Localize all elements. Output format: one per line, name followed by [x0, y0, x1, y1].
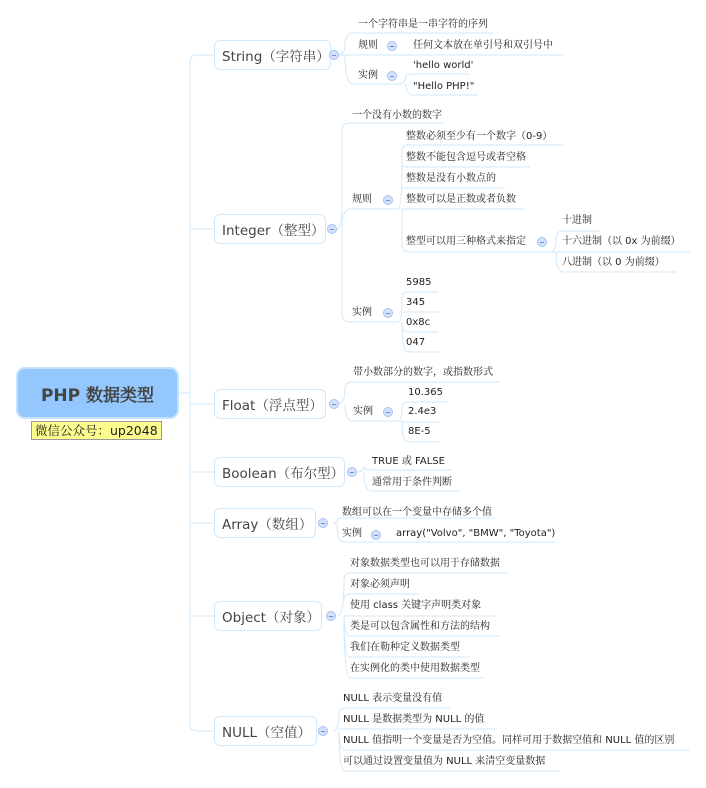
string-rule-label: 规则: [358, 39, 378, 53]
array-example-label: 实例: [342, 527, 362, 541]
array-desc: 数组可以在一个变量中存储多个值: [342, 506, 492, 520]
float-example: 2.4e3: [408, 405, 436, 419]
integer-rule: 整数是没有小数点的: [406, 172, 496, 186]
root-label: 微信公众号：up2048: [31, 421, 162, 440]
object-item: 类是可以包含属性和方法的结构: [350, 620, 490, 634]
branch-float[interactable]: Float（浮点型）: [214, 389, 326, 419]
string-example: 'hello world': [413, 59, 473, 73]
collapse-icon[interactable]: [383, 407, 393, 417]
collapse-icon[interactable]: [318, 726, 328, 736]
root-title: PHP 数据类型: [41, 381, 154, 406]
branch-string[interactable]: String（字符串）: [214, 40, 331, 70]
integer-desc: 一个没有小数的数字: [352, 109, 442, 123]
branch-title: Boolean（布尔型）: [222, 462, 344, 482]
object-item: 在实例化的类中使用数据类型: [350, 662, 480, 676]
boolean-item: TRUE 或 FALSE: [372, 455, 445, 469]
branch-title: Array（数组）: [222, 513, 312, 533]
float-example: 8E-5: [408, 425, 431, 439]
integer-rule: 整型可以用三种格式来指定: [406, 235, 526, 249]
object-item: 对象数据类型也可以用于存储数据: [350, 557, 500, 571]
null-item: NULL 值指明一个变量是否为空值。同样可用于数据空值和 NULL 值的区别: [343, 734, 674, 748]
branch-title: String（字符串）: [222, 45, 330, 65]
integer-example-label: 实例: [352, 306, 372, 320]
collapse-icon[interactable]: [329, 50, 339, 60]
null-item: NULL 表示变量没有值: [343, 692, 442, 706]
branch-object[interactable]: Object（对象）: [214, 601, 322, 631]
integer-rule: 整数不能包含逗号或者空格: [406, 151, 526, 165]
integer-format: 八进制（以 0 为前缀）: [562, 256, 665, 270]
object-item: 我们在勒种定义数据类型: [350, 641, 460, 655]
null-item: 可以通过设置变量值为 NULL 来清空变量数据: [343, 755, 545, 769]
branch-boolean[interactable]: Boolean（布尔型）: [214, 457, 345, 487]
array-example: array("Volvo", "BMW", "Toyota"): [396, 527, 555, 541]
branch-title: Integer（整型）: [222, 219, 325, 239]
collapse-icon[interactable]: [371, 530, 381, 540]
integer-example: 5985: [406, 276, 431, 290]
string-example: "Hello PHP!": [413, 80, 474, 94]
null-item: NULL 是数据类型为 NULL 的值: [343, 713, 484, 727]
integer-example: 047: [406, 336, 425, 350]
collapse-icon[interactable]: [347, 467, 357, 477]
integer-rule: 整数必须至少有一个数字（0-9）: [406, 130, 552, 144]
branch-integer[interactable]: Integer（整型）: [214, 214, 326, 244]
object-item: 使用 class 关键字声明类对象: [350, 599, 481, 613]
collapse-icon[interactable]: [329, 399, 339, 409]
collapse-icon[interactable]: [387, 41, 397, 51]
integer-example: 345: [406, 296, 425, 310]
float-example: 10.365: [408, 386, 443, 400]
collapse-icon[interactable]: [537, 237, 547, 247]
string-rule: 任何文本放在单引号和双引号中: [413, 39, 553, 53]
branch-null[interactable]: NULL（空值）: [214, 716, 317, 746]
collapse-icon[interactable]: [387, 71, 397, 81]
collapse-icon[interactable]: [327, 224, 337, 234]
collapse-icon[interactable]: [326, 611, 336, 621]
branch-array[interactable]: Array（数组）: [214, 508, 316, 538]
collapse-icon[interactable]: [318, 518, 328, 528]
collapse-icon[interactable]: [383, 308, 393, 318]
boolean-item: 通常用于条件判断: [372, 476, 452, 490]
object-item: 对象必须声明: [350, 578, 410, 592]
branch-title: Float（浮点型）: [222, 394, 323, 414]
integer-rule-label: 规则: [352, 193, 372, 207]
root-node[interactable]: PHP 数据类型: [16, 367, 179, 419]
float-desc: 带小数部分的数字，或指数形式: [353, 366, 493, 380]
branch-title: NULL（空值）: [222, 721, 311, 741]
branch-title: Object（对象）: [222, 606, 320, 626]
integer-format: 十六进制（以 0x 为前缀）: [562, 235, 681, 249]
collapse-icon[interactable]: [383, 195, 393, 205]
integer-format: 十进制: [562, 214, 592, 228]
string-desc: 一个字符串是一串字符的序列: [358, 18, 488, 32]
integer-rule: 整数可以是正数或者负数: [406, 193, 516, 207]
string-example-label: 实例: [358, 69, 378, 83]
float-example-label: 实例: [353, 405, 373, 419]
integer-example: 0x8c: [406, 316, 430, 330]
